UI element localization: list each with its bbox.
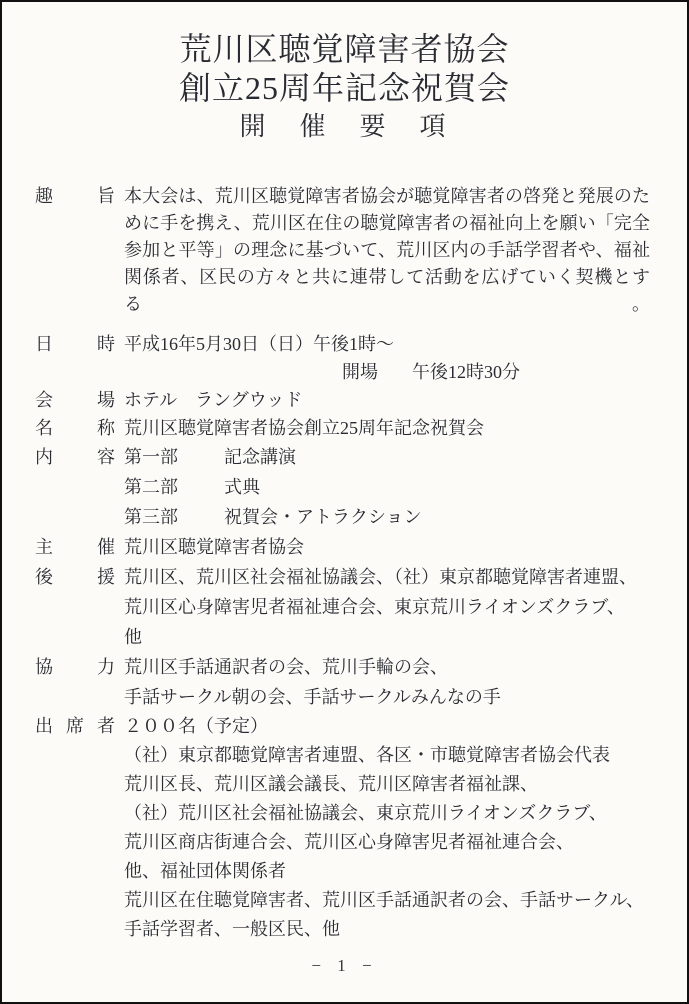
section-label-venue: 会場	[35, 386, 115, 414]
content-line: ２００名（予定）	[124, 712, 650, 741]
doors-open-time: 午後12時30分	[412, 362, 520, 382]
event-name-value: 荒川区聴覚障害者協会創立25周年記念祝賀会	[124, 414, 650, 442]
program-item: 第一部記念講演	[124, 442, 650, 472]
content-line: 荒川区手話通訳者の会、荒川手輪の会、	[124, 652, 650, 682]
content-line: 本大会は、荒川区聴覚障害者協会が聴覚障害者の啓発と発展のた	[124, 183, 650, 210]
content-line: 手話サークル朝の会、手話サークルみんなの手	[124, 682, 650, 712]
content-line: 他	[124, 622, 650, 652]
section-attendees: 出席者 ２００名（予定） （社）東京都聴覚障害者連盟、各区・市聴覚障害者協会代表…	[35, 712, 650, 944]
section-cooperation: 協力 荒川区手話通訳者の会、荒川手輪の会、 手話サークル朝の会、手話サークルみん…	[35, 652, 650, 712]
title-line-2: 創立25周年記念祝賀会	[2, 69, 687, 108]
page-number: − 1 −	[2, 956, 687, 976]
program-desc-1: 記念講演	[224, 447, 296, 467]
program-desc-3: 祝賀会・アトラクション	[224, 507, 422, 527]
program-part-1: 第一部	[124, 442, 224, 472]
section-supporters: 後援 荒川区、荒川区社会福祉協議会、（社）東京都聴覚障害者連盟、 荒川区心身障害…	[35, 562, 650, 652]
content-line: 荒川区長、荒川区議会議長、荒川区障害者福祉課、	[124, 770, 650, 799]
purpose-paragraph: 本大会は、荒川区聴覚障害者協会が聴覚障害者の啓発と発展のた めに手を携え、荒川区…	[124, 183, 650, 318]
document-page: 荒川区聴覚障害者協会 創立25周年記念祝賀会 開 催 要 項 趣旨 本大会は、荒…	[0, 0, 689, 1004]
section-label-event-name: 名称	[35, 414, 115, 442]
content-line: 荒川区商店街連合会、荒川区心身障害児者福祉連合会、	[124, 828, 650, 857]
section-label-organizer: 主催	[35, 532, 115, 562]
section-purpose: 趣旨 本大会は、荒川区聴覚障害者協会が聴覚障害者の啓発と発展のた めに手を携え、…	[35, 183, 650, 318]
content-line: 参加と平等」の理念に基づいて、荒川区内の手話学習者や、福祉	[124, 237, 650, 264]
program-item: 第三部祝賀会・アトラクション	[124, 502, 650, 532]
document-body: 趣旨 本大会は、荒川区聴覚障害者協会が聴覚障害者の啓発と発展のた めに手を携え、…	[2, 145, 687, 944]
organizer-value: 荒川区聴覚障害者協会	[124, 532, 650, 562]
section-venue: 会場 ホテル ラングウッド	[35, 386, 650, 414]
section-label-program: 内容	[35, 442, 115, 472]
title-line-1: 荒川区聴覚障害者協会	[2, 30, 687, 69]
section-organizer: 主催 荒川区聴覚障害者協会	[35, 532, 650, 562]
venue-value: ホテル ラングウッド	[124, 386, 650, 414]
doors-open-label: 開場	[342, 362, 378, 382]
content-line: （社）荒川区社会福祉協議会、東京荒川ライオンズクラブ、	[124, 799, 650, 828]
content-line: （社）東京都聴覚障害者連盟、各区・市聴覚障害者協会代表	[124, 741, 650, 770]
content-line: 荒川区在住聴覚障害者、荒川区手話通訳者の会、手話サークル、	[124, 886, 650, 915]
section-label-purpose: 趣旨	[35, 183, 115, 210]
datetime-value: 平成16年5月30日（日）午後1時〜	[124, 330, 650, 358]
content-line: 手話学習者、一般区民、他	[124, 915, 650, 944]
content-line: 荒川区、荒川区社会福祉協議会、（社）東京都聴覚障害者連盟、	[124, 562, 650, 592]
section-label-attendees: 出席者	[35, 712, 115, 741]
content-line: 関係者、区民の方々と共に連帯して活動を広げていく契機とする。	[124, 264, 650, 318]
section-datetime: 日時 平成16年5月30日（日）午後1時〜 開場午後12時30分	[35, 330, 650, 386]
content-line: 他、福祉団体関係者	[124, 857, 650, 886]
section-label-cooperation: 協力	[35, 652, 115, 682]
title-line-3: 開 催 要 項	[2, 108, 687, 145]
section-label-supporters: 後援	[35, 562, 115, 592]
content-line: めに手を携え、荒川区在住の聴覚障害者の福祉向上を願い「完全	[124, 210, 650, 237]
program-part-3: 第三部	[124, 502, 224, 532]
section-label-datetime: 日時	[35, 330, 115, 358]
document-title: 荒川区聴覚障害者協会 創立25周年記念祝賀会 開 催 要 項	[2, 2, 687, 145]
content-line: 荒川区心身障害児者福祉連合会、東京荒川ライオンズクラブ、	[124, 592, 650, 622]
program-part-2: 第二部	[124, 472, 224, 502]
section-program: 内容 第一部記念講演 第二部式典 第三部祝賀会・アトラクション	[35, 442, 650, 532]
section-event-name: 名称 荒川区聴覚障害者協会創立25周年記念祝賀会	[35, 414, 650, 442]
program-desc-2: 式典	[224, 477, 260, 497]
program-item: 第二部式典	[124, 472, 650, 502]
doors-open-line: 開場午後12時30分	[124, 358, 650, 386]
